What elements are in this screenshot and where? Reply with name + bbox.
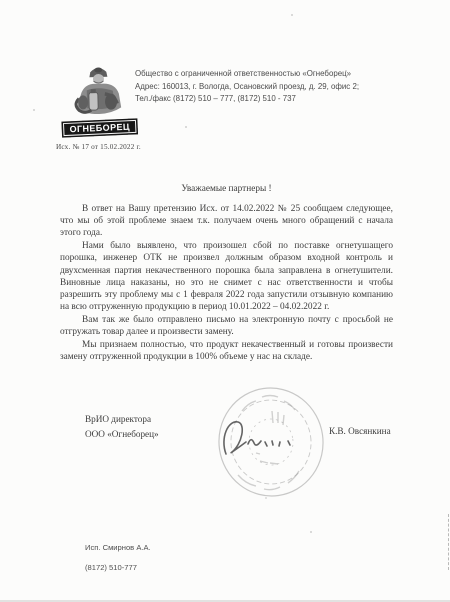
- firefighter-logo-image: [64, 63, 133, 119]
- scan-speck: [345, 70, 347, 72]
- company-name: Общество с ограниченной ответственностью…: [135, 68, 397, 81]
- scan-edge-artifact: [448, 514, 449, 570]
- company-address: Адрес: 160013, г. Вологда, Осановский пр…: [135, 81, 397, 94]
- scan-speck: [291, 14, 293, 16]
- letter-paragraph: Мы признаем полностью, что продукт некач…: [60, 339, 393, 363]
- company-logo: ОГНЕБОРЕЦ: [60, 63, 138, 137]
- reference-number: Исх. № 17 от 15.02.2022 г.: [56, 143, 141, 151]
- company-info: Общество с ограниченной ответственностью…: [135, 68, 397, 106]
- scan-speck: [310, 531, 312, 533]
- scan-speck: [265, 497, 267, 499]
- logo-text: ОГНЕБОРЕЦ: [69, 122, 130, 135]
- executor-line: Исп. Смирнов А.А.: [85, 543, 151, 552]
- executor-phone: (8172) 510-777: [85, 563, 151, 572]
- letter-paragraph: Нами было выявлено, что произошел сбой п…: [60, 240, 393, 313]
- company-phone: Тел./факс (8172) 510 – 777, (8172) 510 -…: [135, 93, 397, 106]
- signature-block: ВрИО директора ООО «Огнеборец»: [85, 412, 159, 442]
- logo-banner: ОГНЕБОРЕЦ: [61, 118, 138, 137]
- signatory-name: К.В. Овсянкина: [329, 426, 391, 436]
- scan-speck: [33, 109, 35, 111]
- scan-speck: [187, 87, 189, 89]
- letter-footer: Исп. Смирнов А.А. (8172) 510-777: [85, 543, 151, 572]
- signatory-position: ВрИО директора: [85, 412, 159, 427]
- letter-body: Уважаемые партнеры ! В ответ на Вашу пре…: [60, 183, 393, 364]
- handwritten-signature: [218, 408, 328, 468]
- signatory-organization: ООО «Огнеборец»: [85, 427, 159, 442]
- scan-speck: [185, 126, 187, 128]
- scanned-letter-page: ОГНЕБОРЕЦ Общество с ограниченной ответс…: [0, 0, 450, 602]
- salutation: Уважаемые партнеры !: [60, 183, 393, 195]
- letter-paragraph: В ответ на Вашу претензию Исх. от 14.02.…: [60, 203, 393, 239]
- letter-paragraph: Вам так же было отправлено письмо на эле…: [60, 314, 393, 338]
- letterhead: ОГНЕБОРЕЦ Общество с ограниченной ответс…: [0, 0, 450, 160]
